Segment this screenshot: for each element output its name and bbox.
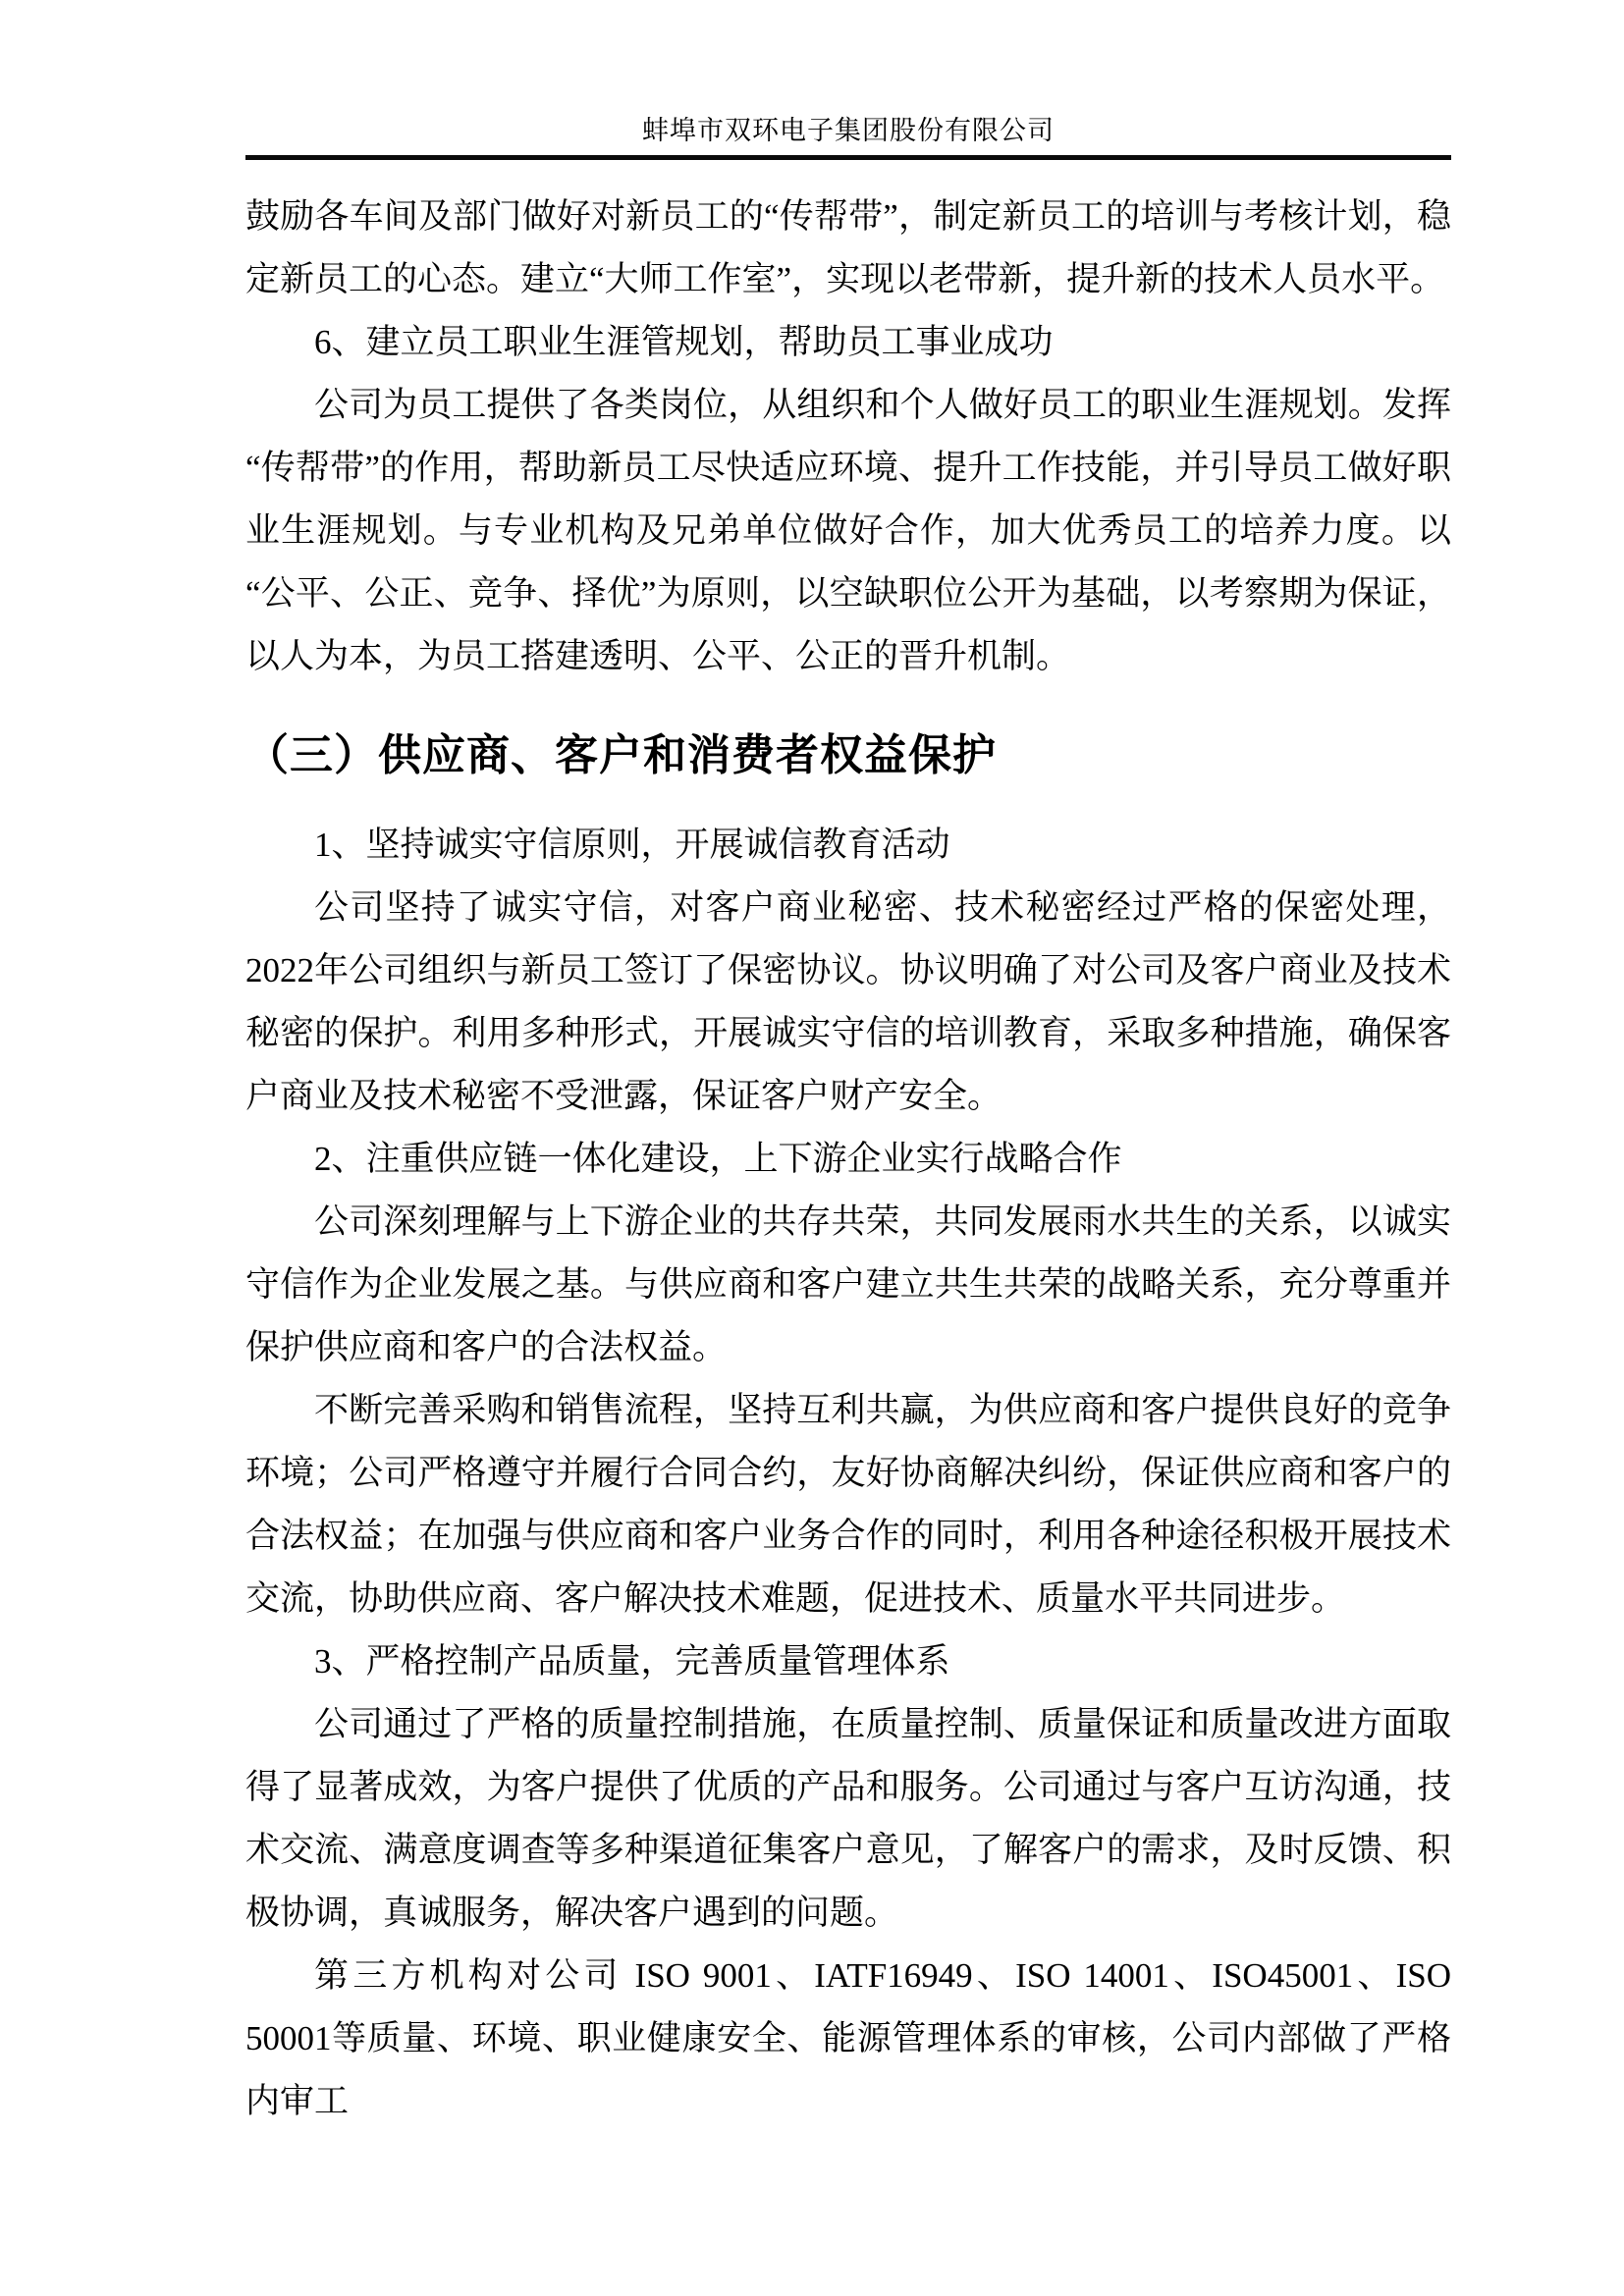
header-company-name: 蚌埠市双环电子集团股份有限公司 <box>245 116 1451 145</box>
paragraph: 不断完善采购和销售流程，坚持互利共赢，为供应商和客户提供良好的竞争环境；公司严格… <box>245 1379 1451 1630</box>
sub-heading: 6、建立员工职业生涯管规划，帮助员工事业成功 <box>245 311 1451 374</box>
sub-heading: 2、注重供应链一体化建设，上下游企业实行战略合作 <box>245 1128 1451 1191</box>
paragraph: 鼓励各车间及部门做好对新员工的“传帮带”，制定新员工的培训与考核计划，稳定新员工… <box>245 186 1451 311</box>
paragraph: 公司坚持了诚实守信，对客户商业秘密、技术秘密经过严格的保密处理，2022年公司组… <box>245 877 1451 1128</box>
page-content: 蚌埠市双环电子集团股份有限公司 鼓励各车间及部门做好对新员工的“传帮带”，制定新… <box>245 116 1451 2133</box>
page-header: 蚌埠市双环电子集团股份有限公司 <box>245 116 1451 160</box>
paragraph: 公司通过了严格的质量控制措施，在质量控制、质量保证和质量改进方面取得了显著成效，… <box>245 1693 1451 1945</box>
document-page: 蚌埠市双环电子集团股份有限公司 鼓励各车间及部门做好对新员工的“传帮带”，制定新… <box>0 0 1624 2296</box>
document-body: 鼓励各车间及部门做好对新员工的“传帮带”，制定新员工的培训与考核计划，稳定新员工… <box>245 160 1451 2133</box>
section-heading: （三）供应商、客户和消费者权益保护 <box>245 721 1451 790</box>
paragraph: 公司深刻理解与上下游企业的共存共荣，共同发展雨水共生的关系，以诚实守信作为企业发… <box>245 1191 1451 1379</box>
sub-heading: 3、严格控制产品质量，完善质量管理体系 <box>245 1630 1451 1693</box>
sub-heading: 1、坚持诚实守信原则，开展诚信教育活动 <box>245 814 1451 877</box>
paragraph: 第三方机构对公司 ISO 9001、IATF16949、ISO 14001、IS… <box>245 1945 1451 2133</box>
paragraph: 公司为员工提供了各类岗位，从组织和个人做好员工的职业生涯规划。发挥“传帮带”的作… <box>245 374 1451 688</box>
